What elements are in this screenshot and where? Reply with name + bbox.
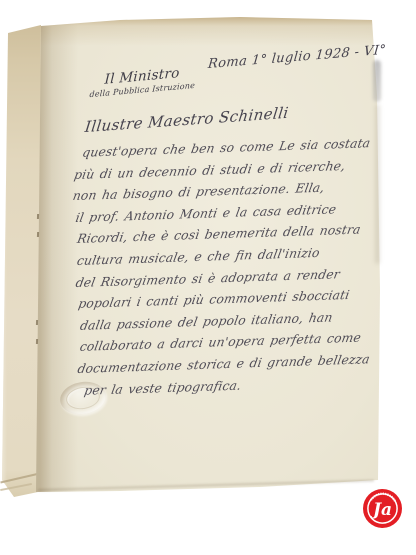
seller-watermark-icon: Ja	[362, 488, 403, 529]
photo-of-handwritten-letter: Roma 1° luglio 1928 - VI° Il Ministro de…	[0, 0, 416, 555]
page-edge-shadow	[373, 60, 381, 102]
binding-stitch	[37, 232, 39, 237]
binding-stitch	[36, 339, 38, 344]
page-edge-line	[0, 483, 32, 491]
watermark-monogram: Ja	[370, 500, 392, 520]
binding-stitch	[36, 320, 38, 325]
seller-watermark-stamp: Ja	[362, 488, 403, 529]
page-edge-line	[0, 473, 39, 484]
letter-body: quest'opera che ben so come Le sia costa…	[73, 133, 381, 402]
binding-stitch	[37, 214, 39, 219]
